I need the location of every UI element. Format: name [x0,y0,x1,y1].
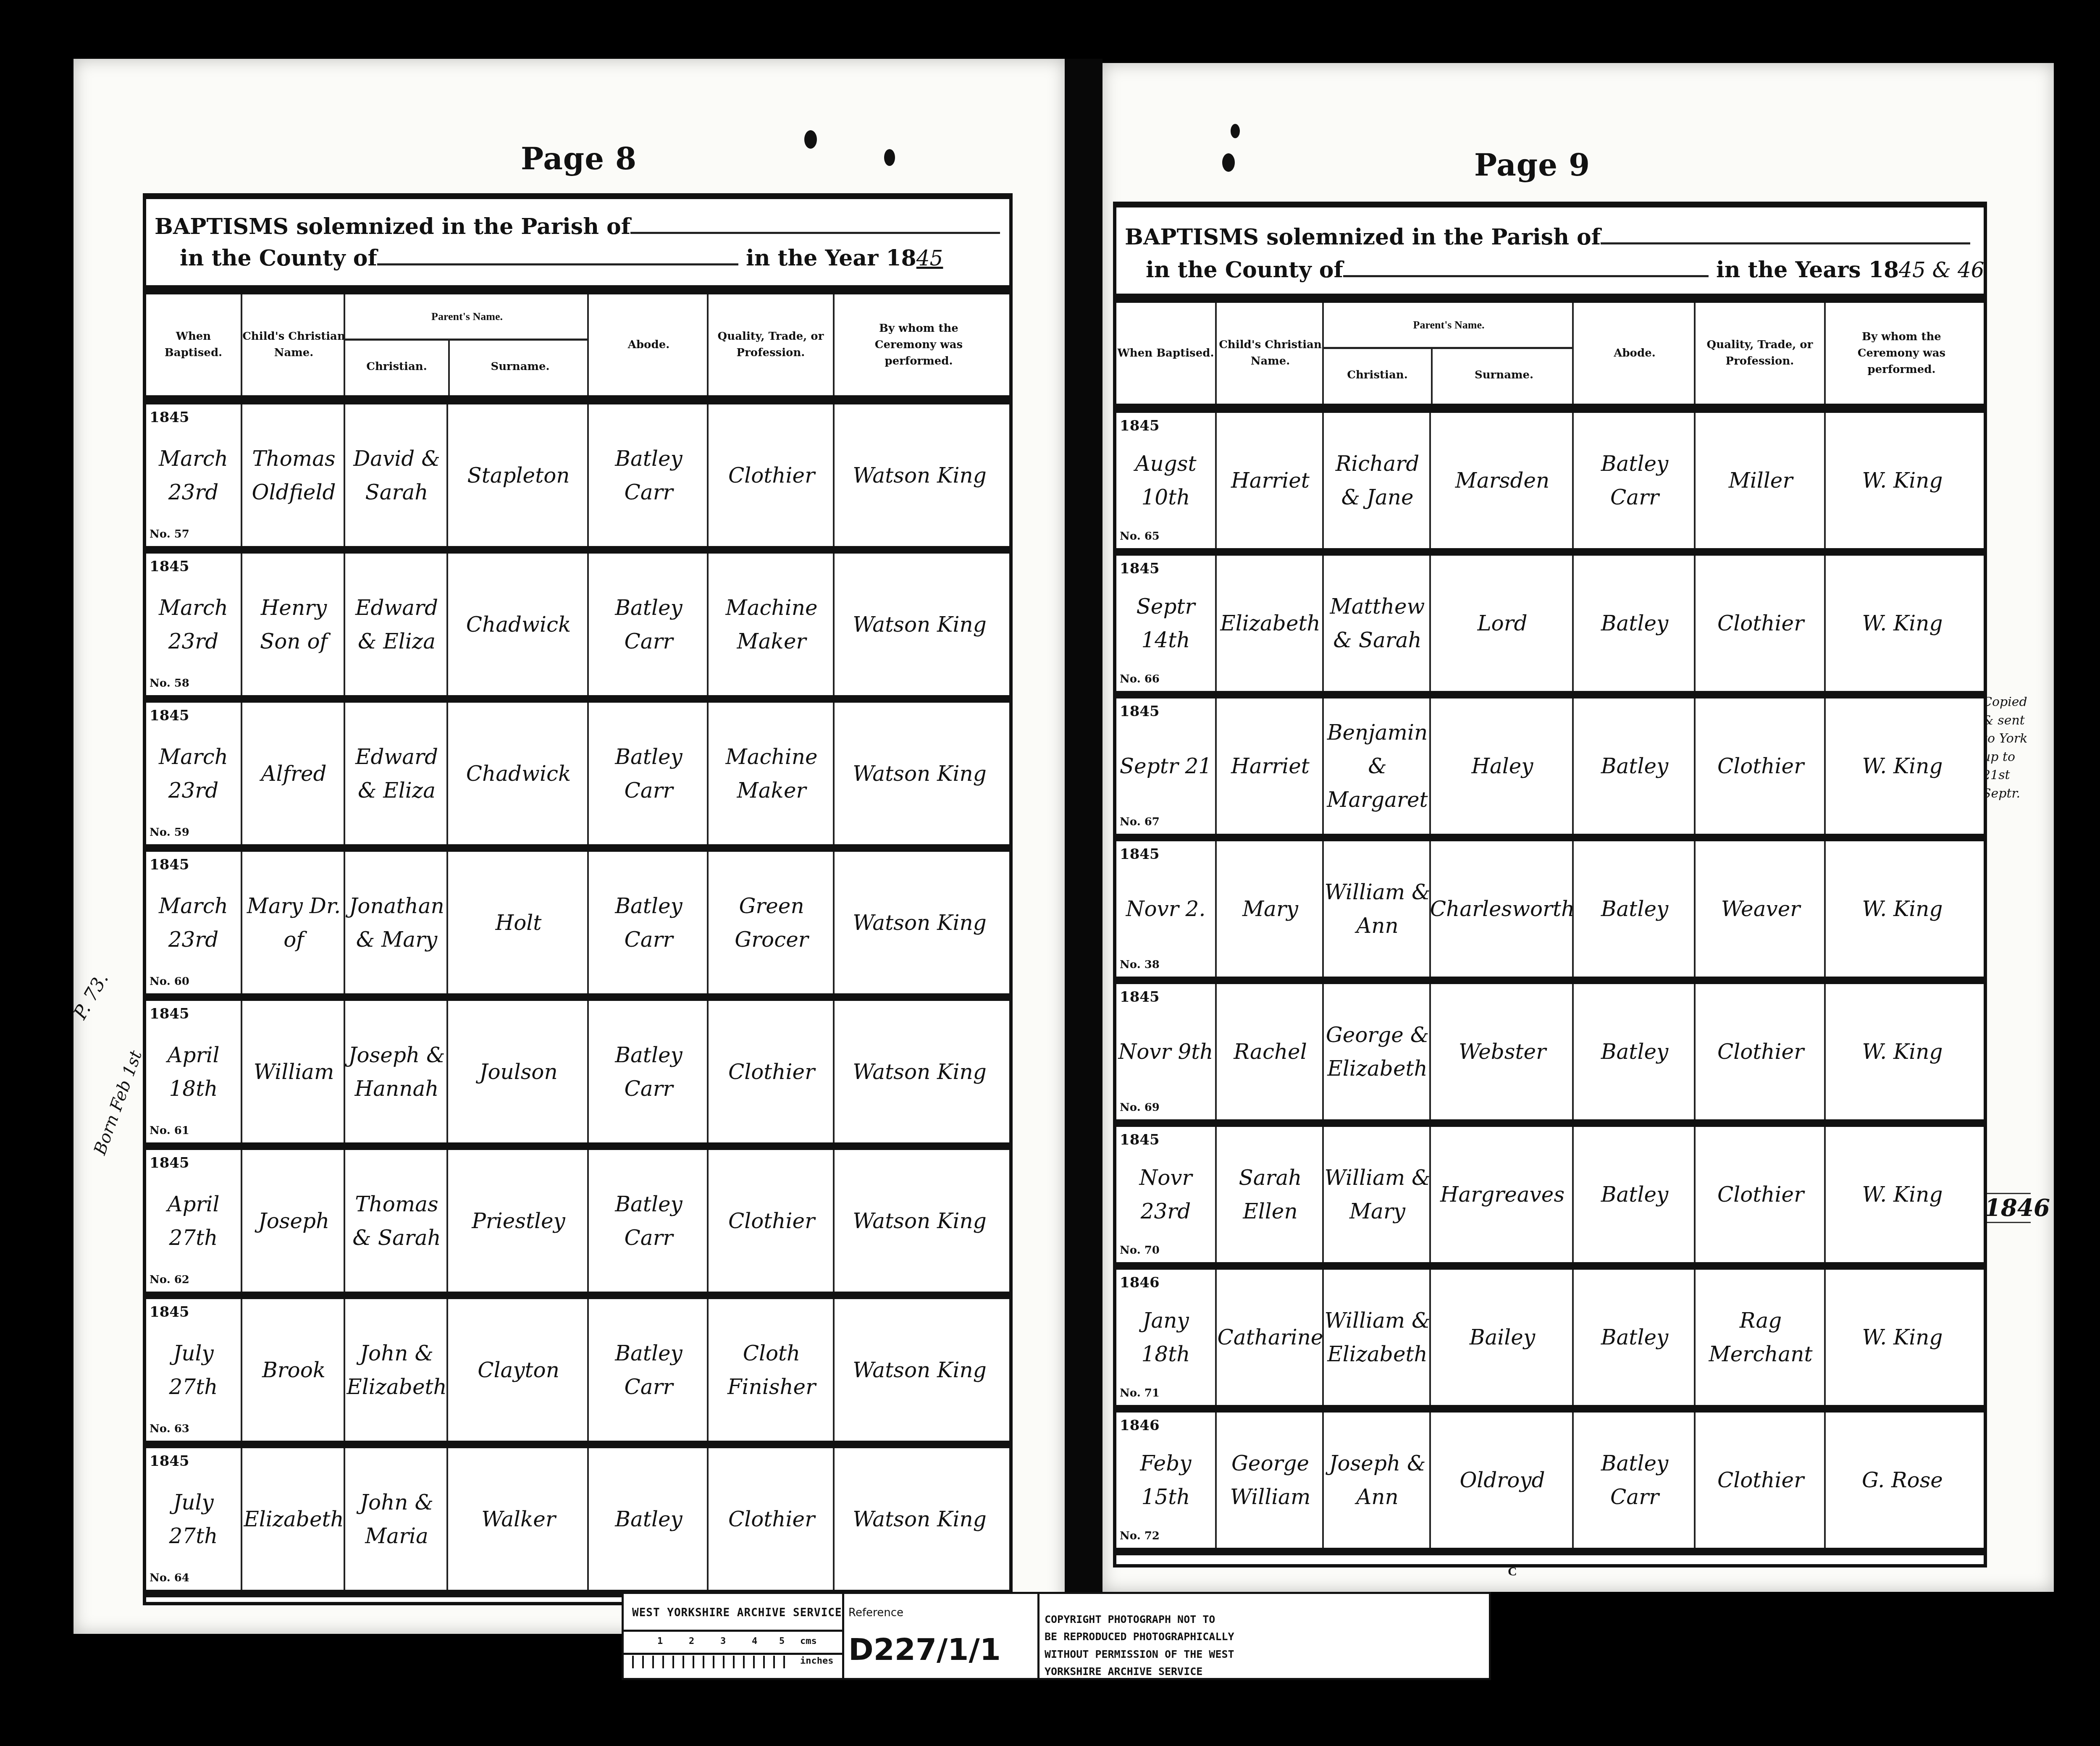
parents-surname-cell: Oldroyd [1429,1413,1574,1548]
entry-year: 1846 [1120,1271,1160,1294]
entry-number: No. 63 [150,1420,189,1438]
col-parents-title: Parent's Name. [345,294,589,341]
ink-spot [1222,153,1235,172]
register-entry-row: 1845No. 64July 27thElizabethJohn & Maria… [146,1448,1009,1597]
margin-note-year-1846: 1846 [1984,1193,2031,1223]
baptism-date-cell: 1846No. 72Feby 15th [1116,1413,1215,1548]
parents-surname: Marsden [1455,464,1549,497]
officiant: W. King [1862,464,1943,497]
parents-christian-names: John & Elizabeth [345,1336,448,1404]
officiant-cell: Watson King [833,1299,1005,1441]
trade-cell: Clothier [1694,1127,1826,1262]
inch-unit: inches [800,1656,833,1666]
parents-surname: Joulson [479,1055,557,1089]
entry-year: 1845 [150,406,189,429]
parents-surname-cell: Walker [446,1448,589,1590]
parents-surname-cell: Hargreaves [1429,1127,1574,1262]
officiant: G. Rose [1862,1463,1943,1497]
register-heading: BAPTISMS solemnized in the Parish of in … [1116,207,1984,303]
entry-number: No. 69 [1120,1099,1160,1117]
entry-number: No. 71 [1120,1385,1160,1402]
parents-surname-cell: Holt [446,852,589,993]
entry-number: No. 57 [150,526,189,543]
entry-year: 1845 [1120,1129,1160,1151]
register-heading: BAPTISMS solemnized in the Parish of in … [146,199,1009,294]
col-abode: Abode. [587,294,709,395]
trade: Clothier [1717,1035,1804,1069]
copyright-line: COPYRIGHT PHOTOGRAPH NOT TO [1045,1611,1485,1628]
parents-christian-names: David & Sarah [345,442,448,509]
baptism-date-cell: 1845No. 38Novr 2. [1116,841,1215,977]
entry-number: No. 70 [1120,1242,1160,1260]
parents-christian-names-cell: George & Elizabeth [1322,984,1431,1119]
trade-cell: Clothier [707,1448,835,1590]
officiant-cell: W. King [1824,413,1979,548]
abode: Batley Carr [589,591,709,658]
col-parent-christian: Christian. [345,339,448,395]
baptism-date-cell: 1845No. 60March 23rd [146,852,241,993]
ruler: 1 2 3 4 5 cms inches [624,1630,842,1672]
child-name-cell: Thomas Oldfield [241,404,345,546]
baptism-date: Septr 14th [1116,590,1215,657]
parents-christian-names: Edward & Eliza [345,740,448,807]
baptism-register-table: BAPTISMS solemnized in the Parish of in … [1113,202,1987,1567]
reference-value: D227/1/1 [848,1632,1001,1667]
child-name-cell: George William [1215,1413,1324,1548]
parents-christian-names-cell: Edward & Eliza [344,554,448,695]
register-entry-row: 1845No. 63July 27thBrookJohn & Elizabeth… [146,1299,1009,1448]
scale-ruler: WEST YORKSHIRE ARCHIVE SERVICE 1 2 3 4 5… [624,1594,844,1678]
cm-scale: 1 2 3 4 5 cms [624,1630,842,1655]
ink-spot [804,130,817,149]
officiant-cell: W. King [1824,1127,1979,1262]
parents-surname: Chadwick [466,757,571,790]
entry-year: 1845 [1120,843,1160,866]
officiant: Watson King [853,1055,986,1089]
register-entry-row: 1845No. 65Augst 10thHarrietRichard & Jan… [1116,413,1984,556]
officiant-cell: W. King [1824,698,1979,834]
reference-box: Reference D227/1/1 [844,1594,1039,1678]
parish-blank [630,232,1000,234]
year-handwritten: 45 [916,246,943,270]
child-name-cell: Catharine [1215,1270,1324,1405]
child-name-cell: Mary Dr. of [241,852,345,993]
parents-surname: Walker [481,1502,556,1536]
register-entry-row: 1845No. 70Novr 23rdSarah EllenWilliam & … [1116,1127,1984,1270]
margin-note-copied: Copied & sent to York up to 21st Septr. [1982,693,2037,803]
trade-cell: Clothier [707,404,835,546]
parents-christian-names: Joseph & Hannah [345,1038,448,1105]
col-parents-title: Parent's Name. [1324,303,1574,349]
trade: Clothier [1717,1178,1804,1211]
archive-reference-label: WEST YORKSHIRE ARCHIVE SERVICE 1 2 3 4 5… [622,1592,1491,1680]
baptism-date: March 23rd [146,740,241,807]
child-name-cell: Elizabeth [1215,556,1324,691]
entry-year: 1845 [150,704,189,727]
trade: Clothier [728,1204,815,1238]
abode: Batley Carr [1574,447,1696,514]
entry-year: 1845 [150,555,189,578]
baptism-date-cell: 1845No. 62April 27th [146,1150,241,1292]
baptism-date-cell: 1845No. 64July 27th [146,1448,241,1590]
parents-surname-cell: Lord [1429,556,1574,691]
entry-number: No. 72 [1120,1528,1160,1545]
parents-christian-names: William & Mary [1324,1161,1431,1228]
child-name: Elizabeth [244,1502,344,1536]
baptism-date: July 27th [146,1486,241,1553]
parents-surname: Lord [1477,607,1527,640]
child-name: Henry Son of [242,591,345,658]
margin-note-born: Born Feb 1st [90,1048,146,1158]
officiant: Watson King [853,1204,986,1238]
col-officiant: By whom the Ceremony was performed. [1824,303,1977,404]
officiant-cell: Watson King [833,1448,1005,1590]
register-entry-row: 1846No. 71Jany 18thCatharineWilliam & El… [1116,1270,1984,1413]
book-spine [1065,59,1102,1634]
officiant-cell: Watson King [833,404,1005,546]
abode-cell: Batley [587,1448,709,1590]
trade: Clothier [1717,749,1804,783]
officiant: W. King [1862,1178,1943,1211]
register-entry-row: 1845No. 57March 23rdThomas OldfieldDavid… [146,404,1009,554]
copyright-notice: COPYRIGHT PHOTOGRAPH NOT TO BE REPRODUCE… [1039,1594,1489,1678]
trade: Clothier [728,459,815,492]
parents-surname-cell: Stapleton [446,404,589,546]
child-name: Mary [1242,892,1298,926]
officiant: W. King [1862,607,1943,640]
trade-cell: Weaver [1694,841,1826,977]
col-child-name: Child's Christian Name. [1215,303,1324,404]
parents-surname-cell: Chadwick [446,554,589,695]
parents-christian-names-cell: John & Elizabeth [344,1299,448,1441]
baptism-date-cell: 1845No. 61April 18th [146,1001,241,1142]
child-name: Catharine [1218,1321,1323,1354]
parents-surname-cell: Priestley [446,1150,589,1292]
ink-spot [1231,124,1240,138]
parents-surname: Oldroyd [1459,1463,1545,1497]
parents-surname: Stapleton [467,459,570,492]
trade: Clothier [1717,607,1804,640]
baptism-date-cell: 1845No. 59March 23rd [146,703,241,844]
abode-cell: Batley Carr [1572,413,1696,548]
trade-cell: Clothier [1694,698,1826,834]
register-page-9: Page 9 Copied & sent to York up to 21st … [1102,63,2054,1592]
archive-name: WEST YORKSHIRE ARCHIVE SERVICE [624,1594,842,1619]
child-name-cell: Brook [241,1299,345,1441]
parents-surname-cell: Chadwick [446,703,589,844]
child-name: Alfred [261,757,326,790]
parents-christian-names-cell: Joseph & Ann [1322,1413,1431,1548]
register-entry-row: 1845No. 60March 23rdMary Dr. ofJonathan … [146,852,1009,1001]
register-entry-row: 1845No. 38Novr 2.MaryWilliam & AnnCharle… [1116,841,1984,984]
parish-blank [1601,242,1970,244]
entry-number: No. 66 [1120,671,1160,688]
parents-surname: Bailey [1470,1321,1535,1354]
abode-cell: Batley [1572,698,1696,834]
parents-christian-names: Edward & Eliza [345,591,448,658]
col-parent-christian: Christian. [1324,347,1431,404]
trade-cell: Clothier [707,1150,835,1292]
entry-year: 1845 [1120,557,1160,580]
trade: Clothier [728,1055,815,1089]
register-entry-row: 1846No. 72Feby 15thGeorge WilliamJoseph … [1116,1413,1984,1555]
parents-surname-cell: Joulson [446,1001,589,1142]
officiant-cell: Watson King [833,703,1005,844]
baptism-date: March 23rd [146,442,241,509]
parents-christian-names-cell: Edward & Eliza [344,703,448,844]
abode-cell: Batley Carr [1572,1413,1696,1548]
baptism-date: Novr 23rd [1116,1161,1215,1228]
abode: Batley [1601,1321,1668,1354]
officiant: Watson King [853,757,986,790]
register-entry-row: 1845No. 62April 27thJosephThomas & Sarah… [146,1150,1009,1299]
abode: Batley [1601,607,1668,640]
child-name: William [254,1055,334,1089]
officiant: W. King [1862,749,1943,783]
heading-parish-line: BAPTISMS solemnized in the Parish of [1125,224,1970,250]
entry-number: No. 62 [150,1271,189,1289]
entry-year: 1845 [150,853,189,876]
register-entry-row: 1845No. 66Septr 14thElizabethMatthew & S… [1116,556,1984,698]
abode: Batley [1601,749,1668,783]
county-blank [1343,275,1709,277]
col-when-baptised: When Baptised. [146,294,241,395]
baptism-register-table: BAPTISMS solemnized in the Parish of in … [143,193,1013,1605]
parents-christian-names-cell: Jonathan & Mary [344,852,448,993]
child-name-cell: Rachel [1215,984,1324,1119]
abode: Batley Carr [589,1336,709,1404]
copyright-line: BE REPRODUCED PHOTOGRAPHICALLY [1045,1628,1485,1645]
officiant: Watson King [853,1353,986,1387]
parents-christian-names-cell: William & Elizabeth [1322,1270,1431,1405]
child-name: Elizabeth [1220,607,1320,640]
parents-surname: Priestley [472,1204,565,1238]
entry-year: 1845 [1120,700,1160,723]
officiant-cell: Watson King [833,1001,1005,1142]
column-headers: When Baptised. Child's Christian Name. P… [1116,303,1984,413]
entry-year: 1845 [150,1450,189,1473]
abode-cell: Batley Carr [587,554,709,695]
baptism-date-cell: 1845No. 67Septr 21 [1116,698,1215,834]
baptism-date-cell: 1846No. 71Jany 18th [1116,1270,1215,1405]
officiant-cell: W. King [1824,1270,1979,1405]
col-parents-group: Parent's Name. Christian. Surname. [1322,303,1574,404]
trade: Weaver [1721,892,1800,926]
child-name-cell: Sarah Ellen [1215,1127,1324,1262]
entry-number: No. 59 [150,824,189,842]
register-entry-row: 1845No. 59March 23rdAlfredEdward & Eliza… [146,703,1009,852]
col-child-name: Child's Christian Name. [241,294,345,395]
baptism-date: Novr 2. [1126,892,1206,926]
year-handwritten: 45 & 46 [1899,258,1984,282]
officiant-cell: Watson King [833,852,1005,993]
parents-christian-names: Jonathan & Mary [345,889,448,956]
reference-label: Reference [844,1594,1037,1619]
cm-tick: 4 [752,1636,757,1646]
col-abode: Abode. [1572,303,1696,404]
parents-surname-cell: Marsden [1429,413,1574,548]
parents-surname-cell: Bailey [1429,1270,1574,1405]
entry-number: No. 38 [1120,956,1160,974]
parents-surname-cell: Charlesworth [1429,841,1574,977]
copyright-line: WITHOUT PERMISSION OF THE WEST [1045,1646,1485,1663]
child-name: Harriet [1231,464,1310,497]
parents-christian-names: John & Maria [345,1486,448,1553]
col-trade: Quality, Trade, or Profession. [1694,303,1824,404]
entry-number: No. 67 [1120,814,1160,831]
entry-year: 1846 [1120,1414,1160,1437]
baptism-date: April 27th [146,1187,241,1255]
baptism-date-cell: 1845No. 57March 23rd [146,404,241,546]
parents-christian-names-cell: Matthew & Sarah [1322,556,1431,691]
abode-cell: Batley Carr [587,1001,709,1142]
parents-surname: Chadwick [466,608,571,641]
parents-surname-cell: Webster [1429,984,1574,1119]
parents-christian-names: Matthew & Sarah [1324,590,1431,657]
child-name: Sarah Ellen [1217,1161,1324,1228]
parents-christian-names-cell: Joseph & Hannah [344,1001,448,1142]
cm-tick: 1 [657,1636,663,1646]
baptism-date-cell: 1845No. 63July 27th [146,1299,241,1441]
entry-number: No. 65 [1120,528,1160,546]
child-name-cell: William [241,1001,345,1142]
abode-cell: Batley Carr [587,404,709,546]
child-name: Mary Dr. of [242,889,345,956]
col-officiant: By whom the Ceremony was performed. [833,294,1003,395]
baptism-date-cell: 1845No. 65Augst 10th [1116,413,1215,548]
baptism-date: Novr 9th [1118,1035,1213,1069]
heading-county-line: in the County of in the Year 1845 [180,245,943,271]
parents-christian-names-cell: William & Mary [1322,1127,1431,1262]
parents-christian-names-cell: David & Sarah [344,404,448,546]
abode: Batley Carr [589,740,709,807]
baptism-date: Jany 18th [1116,1304,1215,1371]
trade-cell: Miller [1694,413,1826,548]
trade: Miller [1729,464,1793,497]
abode: Batley Carr [1574,1447,1696,1514]
abode-cell: Batley [1572,984,1696,1119]
officiant: Watson King [853,459,986,492]
column-headers: When Baptised. Child's Christian Name. P… [146,294,1009,404]
officiant: W. King [1862,1035,1943,1069]
copyright-line: YORKSHIRE ARCHIVE SERVICE [1045,1663,1485,1680]
parents-surname: Clayton [478,1353,559,1387]
officiant: W. King [1862,1321,1943,1354]
abode-cell: Batley [1572,1127,1696,1262]
child-name: Thomas Oldfield [242,442,345,509]
trade-cell: Clothier [1694,984,1826,1119]
abode: Batley [615,1502,682,1536]
parents-christian-names: Benjamin & Margaret [1324,716,1431,817]
cm-tick: 5 [779,1636,785,1646]
parents-christian-names: William & Elizabeth [1324,1304,1431,1371]
col-trade: Quality, Trade, or Profession. [707,294,833,395]
entry-number: No. 60 [150,973,189,991]
entry-year: 1845 [150,1003,189,1025]
baptism-date-cell: 1845No. 58March 23rd [146,554,241,695]
cm-tick: 3 [720,1636,726,1646]
child-name-cell: Elizabeth [241,1448,345,1590]
cm-tick: 2 [689,1636,694,1646]
baptism-date: July 27th [146,1336,241,1404]
entry-number: No. 61 [150,1122,189,1140]
page-title: Page 9 [1474,147,1590,183]
baptism-date: Augst 10th [1116,447,1215,514]
col-when-baptised: When Baptised. [1116,303,1215,404]
baptism-date-cell: 1845No. 66Septr 14th [1116,556,1215,691]
baptism-date-cell: 1845No. 69Novr 9th [1116,984,1215,1119]
margin-note-page-ref: P. 73. [69,969,113,1023]
parents-christian-names-cell: John & Maria [344,1448,448,1590]
trade: Machine Maker [709,740,835,807]
ink-spot [884,149,895,166]
child-name: Rachel [1234,1035,1307,1069]
parents-surname: Haley [1471,749,1533,783]
officiant-cell: W. King [1824,841,1979,977]
child-name-cell: Henry Son of [241,554,345,695]
child-name: George William [1217,1447,1324,1514]
entry-year: 1845 [150,1301,189,1323]
baptism-date: Septr 21 [1120,749,1212,783]
parents-surname-cell: Clayton [446,1299,589,1441]
baptism-date: March 23rd [146,591,241,658]
trade-cell: Cloth Finisher [707,1299,835,1441]
officiant-cell: W. King [1824,984,1979,1119]
trade-cell: Machine Maker [707,554,835,695]
parents-christian-names: Thomas & Sarah [345,1187,448,1255]
child-name: Harriet [1231,749,1310,783]
abode-cell: Batley Carr [587,1299,709,1441]
parents-christian-names-cell: Richard & Jane [1322,413,1431,548]
parents-christian-names-cell: Thomas & Sarah [344,1150,448,1292]
trade: Clothier [728,1502,815,1536]
trade: Rag Merchant [1696,1304,1826,1371]
abode: Batley Carr [589,889,709,956]
register-page-8: Page 8 P. 73. Born Feb 1st BAPTISMS sole… [73,59,1065,1634]
abode: Batley [1601,1035,1668,1069]
county-blank [377,263,738,265]
trade: Clothier [1717,1463,1804,1497]
entry-year: 1845 [1120,415,1160,437]
abode: Batley Carr [589,1038,709,1105]
abode-cell: Batley [1572,556,1696,691]
child-name-cell: Mary [1215,841,1324,977]
trade-cell: Clothier [707,1001,835,1142]
child-name: Joseph [258,1204,330,1238]
abode-cell: Batley [1572,841,1696,977]
parents-surname: Holt [496,906,542,940]
child-name-cell: Harriet [1215,698,1324,834]
trade-cell: Machine Maker [707,703,835,844]
parents-christian-names-cell: Benjamin & Margaret [1322,698,1431,834]
child-name: Brook [262,1353,325,1387]
baptism-date: April 18th [146,1038,241,1105]
parents-surname-cell: Haley [1429,698,1574,834]
register-entry-row: 1845No. 58March 23rdHenry Son ofEdward &… [146,554,1009,703]
officiant: W. King [1862,892,1943,926]
officiant-cell: W. King [1824,556,1979,691]
parents-christian-names: Joseph & Ann [1324,1447,1431,1514]
trade-cell: Clothier [1694,556,1826,691]
col-parent-surname: Surname. [1431,347,1575,404]
parents-christian-names: Richard & Jane [1324,447,1431,514]
officiant-cell: Watson King [833,554,1005,695]
parents-surname: Charlesworth [1430,892,1575,926]
officiant-cell: G. Rose [1824,1413,1979,1548]
parents-christian-names: William & Ann [1324,875,1431,943]
abode-cell: Batley Carr [587,703,709,844]
abode: Batley Carr [589,1187,709,1255]
